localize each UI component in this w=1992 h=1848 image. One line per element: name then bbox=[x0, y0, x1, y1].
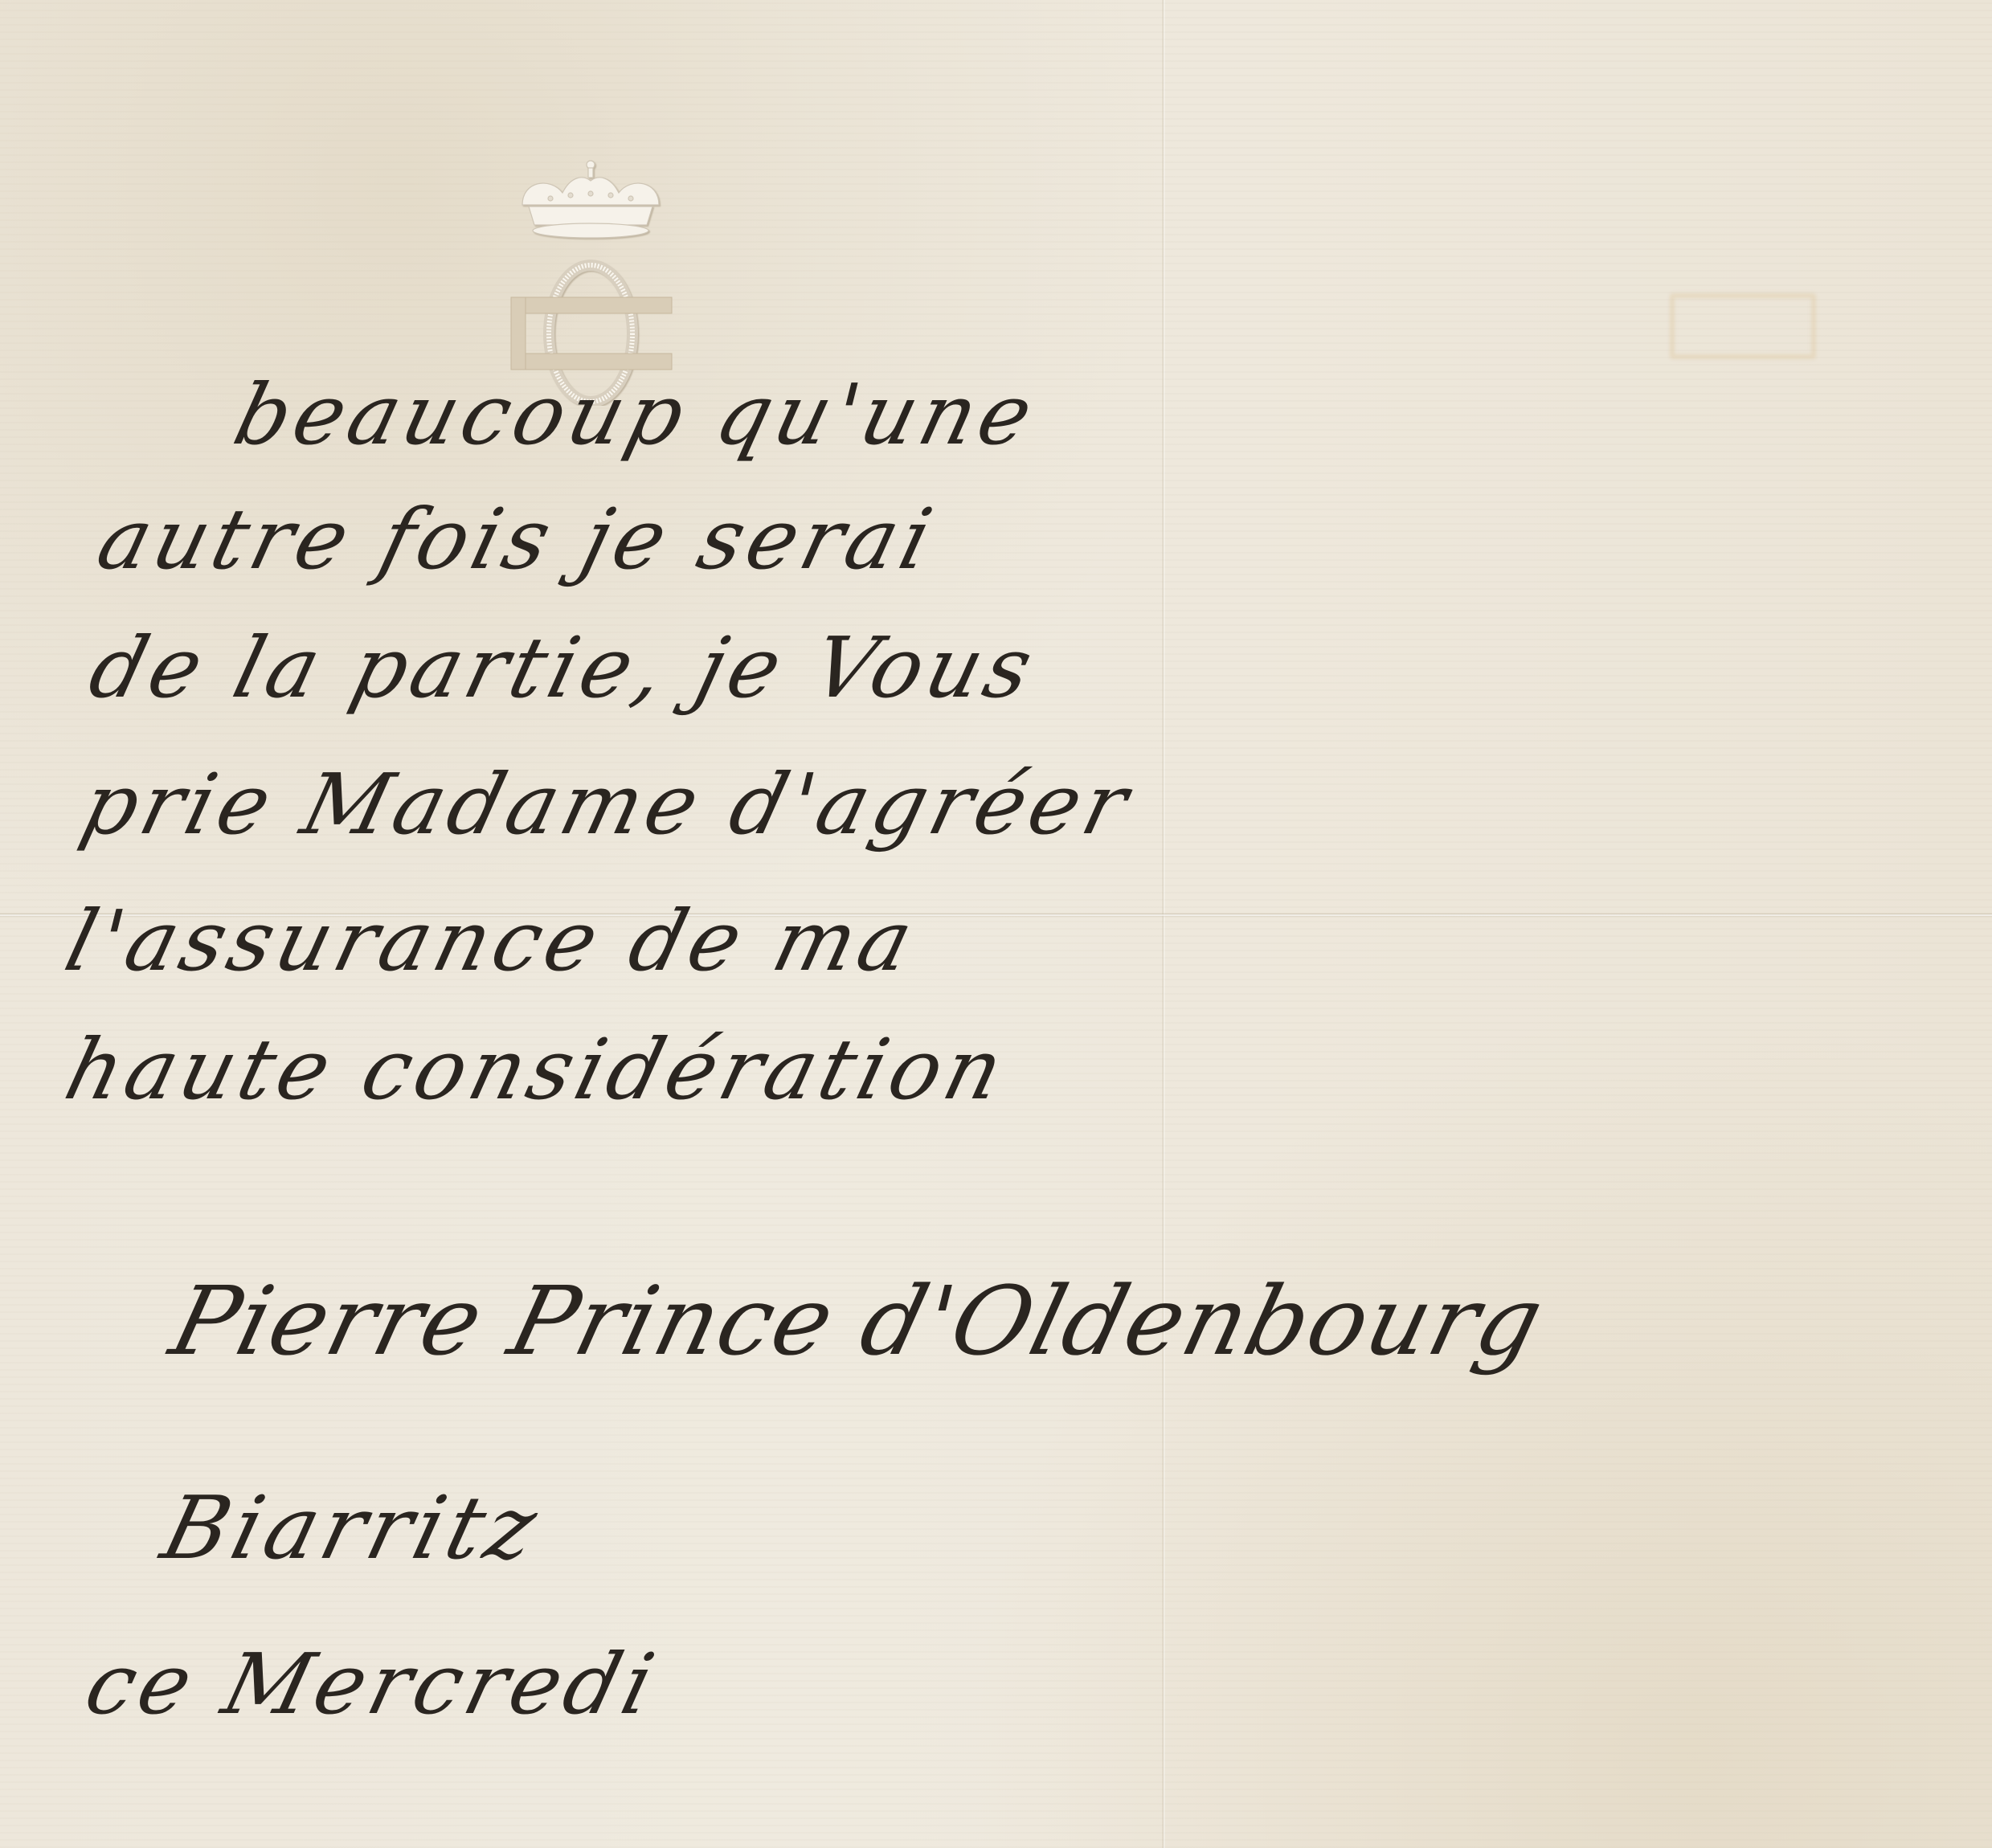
date-line: ce Mercredi bbox=[76, 1635, 668, 1733]
letter-line-6: haute considération bbox=[56, 1020, 1017, 1118]
right-page-blank bbox=[1164, 0, 1992, 1848]
paper-stain bbox=[1670, 293, 1816, 359]
letter-sheet: beaucoup qu'une autre fois je serai de l… bbox=[0, 0, 1992, 1848]
letter-line-3: de la partie, je Vous bbox=[80, 619, 1046, 717]
letter-line-5: l'assurance de ma bbox=[56, 892, 926, 990]
place-line: Biarritz bbox=[153, 1478, 551, 1579]
letter-line-4: prie Madame d'agréer bbox=[72, 755, 1142, 853]
letter-line-1: beaucoup qu'une bbox=[225, 366, 1047, 464]
vertical-fold-crease bbox=[1162, 0, 1165, 1848]
signature: Pierre Prince d'Oldenbourg bbox=[161, 1265, 1555, 1376]
letter-line-2: autre fois je serai bbox=[88, 490, 946, 588]
